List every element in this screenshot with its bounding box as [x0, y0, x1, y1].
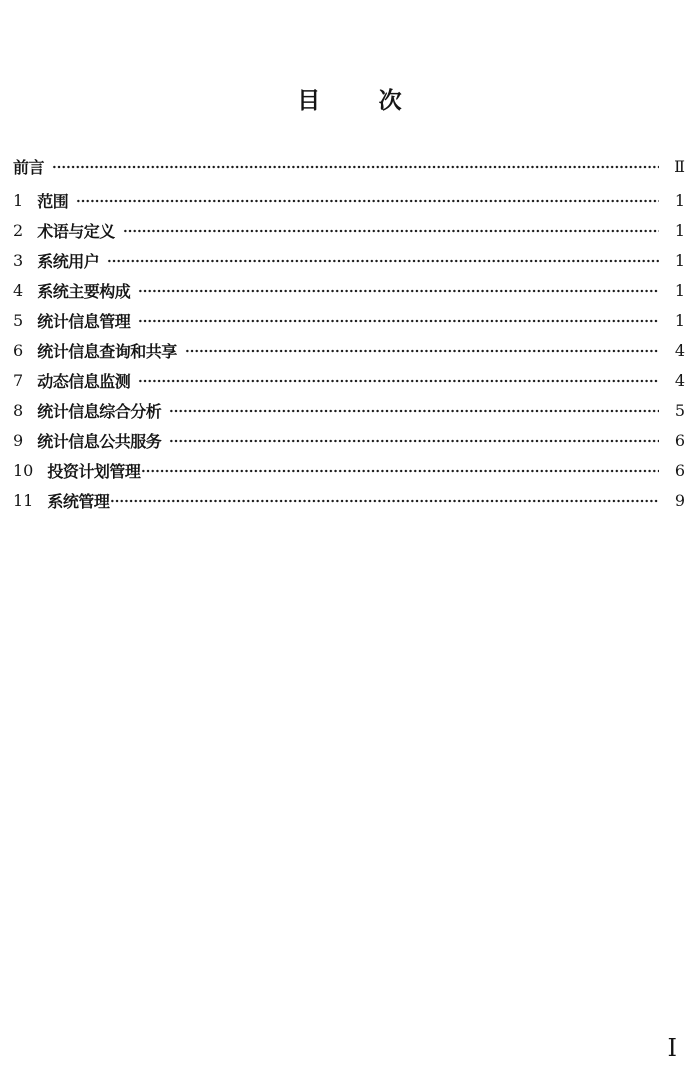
toc-entry: 10 投资计划管理 6: [13, 456, 685, 486]
toc-entry-label: 投资计划管理: [47, 459, 140, 482]
toc-entry-page: Ⅱ: [663, 157, 685, 176]
toc-entry: 11 系统管理 9: [13, 486, 685, 516]
toc-entry-label: 统计信息公共服务: [37, 429, 161, 452]
dot-leader: [185, 343, 659, 359]
page-title: 目 次: [0, 82, 700, 115]
toc-entry-page: 6: [663, 461, 685, 480]
toc-entry: 4 系统主要构成 1: [13, 275, 685, 305]
toc-entry-page: 1: [663, 251, 685, 270]
toc-entry-number: 3: [13, 251, 23, 270]
toc-entry-page: 1: [663, 191, 685, 210]
footer-page-number: Ⅰ: [668, 1034, 677, 1062]
toc-entry: 3 系统用户 1: [13, 245, 685, 275]
dot-leader: [76, 193, 659, 209]
toc-entry-page: 5: [663, 401, 685, 420]
toc-entry-number: 8: [13, 401, 23, 420]
toc-entry-page: 6: [663, 431, 685, 450]
dot-leader: [138, 283, 659, 299]
toc-entry-number: 10: [13, 461, 33, 480]
toc-entry-label: 统计信息查询和共享: [37, 339, 177, 362]
toc-entry: 1 范围 1: [13, 185, 685, 215]
toc-entry-page: 1: [663, 311, 685, 330]
toc-entry: 8 统计信息综合分析 5: [13, 396, 685, 426]
dot-leader: [123, 223, 659, 239]
toc-entry-label: 系统管理: [47, 489, 109, 512]
toc-entry-label: 系统用户: [37, 249, 99, 272]
dot-leader: [110, 493, 659, 509]
dot-leader: [169, 433, 659, 449]
dot-leader: [141, 463, 659, 479]
toc-entry-number: 9: [13, 431, 23, 450]
toc-entry-label: 前言: [13, 155, 44, 178]
toc-entry-number: 11: [13, 491, 33, 510]
dot-leader: [138, 373, 659, 389]
toc-entry-page: 9: [663, 491, 685, 510]
toc-entry-label: 统计信息管理: [37, 309, 130, 332]
toc-entry-label: 统计信息综合分析: [37, 399, 161, 422]
dot-leader: [107, 253, 659, 269]
dot-leader: [52, 159, 659, 175]
toc-entry-number: 4: [13, 281, 23, 300]
toc-entry: 2 术语与定义 1: [13, 215, 685, 245]
toc-entry-number: 5: [13, 311, 23, 330]
toc-entry-number: 7: [13, 371, 23, 390]
toc-entry: 6 统计信息查询和共享 4: [13, 335, 685, 365]
toc-entry: 9 统计信息公共服务 6: [13, 426, 685, 456]
toc-entry-label: 动态信息监测: [37, 369, 130, 392]
toc-entry: 7 动态信息监测 4: [13, 366, 685, 396]
toc-entry-number: 2: [13, 221, 23, 240]
toc-entry-label: 系统主要构成: [37, 279, 130, 302]
toc-list: 前言 Ⅱ 1 范围 1 2 术语与定义 1 3 系统用户 1 4 系统主要构成 …: [13, 151, 685, 516]
toc-entry-page: 1: [663, 281, 685, 300]
toc-entry-number: 1: [13, 191, 23, 210]
document-page: 目 次 前言 Ⅱ 1 范围 1 2 术语与定义 1 3 系统用户 1 4: [0, 0, 700, 1070]
dot-leader: [169, 403, 659, 419]
toc-entry-page: 4: [663, 371, 685, 390]
toc-entry-number: 6: [13, 341, 23, 360]
toc-entry-page: 4: [663, 341, 685, 360]
toc-entry-label: 范围: [37, 189, 68, 212]
toc-entry: 前言 Ⅱ: [13, 151, 685, 181]
toc-entry-page: 1: [663, 221, 685, 240]
toc-entry-label: 术语与定义: [37, 219, 115, 242]
toc-entry: 5 统计信息管理 1: [13, 305, 685, 335]
dot-leader: [138, 313, 659, 329]
